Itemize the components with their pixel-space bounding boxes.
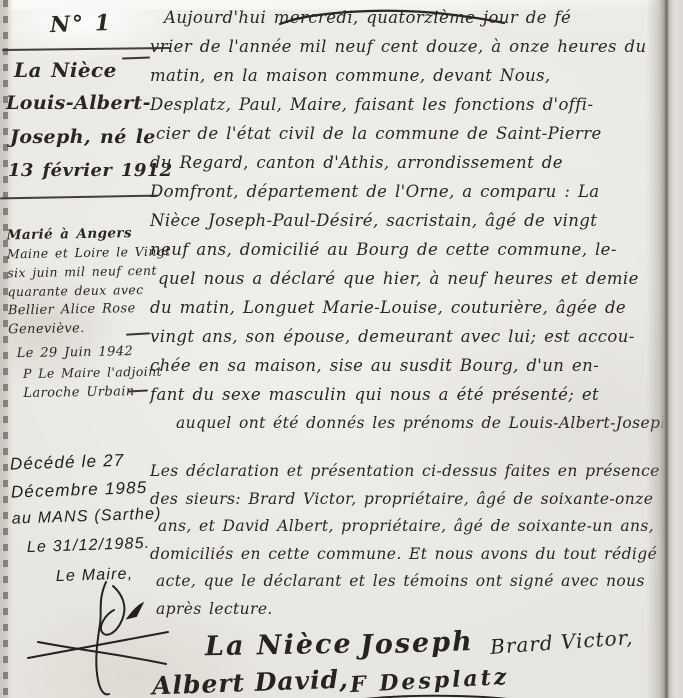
note-line: Le 29 Juin 1942: [9, 344, 159, 367]
text-line: acte, que le déclarant et les témoins on…: [150, 572, 655, 600]
text-line: Domfront, département de l'Orne, a compa…: [150, 182, 655, 211]
text-line: matin, en la maison commune, devant Nous…: [150, 66, 655, 95]
text-line: vrier de l'année mil neuf cent douze, à …: [150, 37, 655, 66]
text-line: vingt ans, son épouse, demeurant avec lu…: [150, 327, 655, 356]
registry-page-scan: N° 1 La Nièce Louis-Albert- Joseph, né l…: [0, 0, 683, 698]
text-line: domiciliés en cette commune. Et nous avo…: [150, 545, 655, 573]
text-line: Nièce Joseph-Paul-Désiré, sacristain, âg…: [150, 211, 655, 240]
note-line: Bellier Alice Rose: [8, 301, 158, 323]
line1-pre: Aujourd'hui: [164, 8, 274, 27]
text-line: chée en sa maison, sise au susdit Bourg,…: [150, 356, 655, 385]
title-line: La Nièce: [14, 58, 117, 82]
note-line: Marié à Angers: [6, 225, 156, 247]
text-line: Les déclaration et présentation ci-dessu…: [150, 462, 655, 490]
text-line: Desplatz, Paul, Maire, faisant les fonct…: [150, 95, 655, 124]
text-line: après lecture.: [150, 600, 655, 628]
note-line: six juin mil neuf cent: [7, 263, 157, 285]
act-number: N° 1: [50, 10, 113, 38]
text-line: ans, et David Albert, propriétaire, âgé …: [150, 517, 655, 545]
text-line: fant du sexe masculin qui nous a été pré…: [150, 385, 655, 414]
adjoint-signature: Laroche Urbain: [9, 384, 159, 407]
continuation-dash: [122, 57, 150, 60]
text-line: quel nous a déclaré que hier, à neuf heu…: [150, 269, 655, 298]
act-number-underline: [2, 47, 170, 51]
body-paragraph-1: Aujourd'hui mercredi, quatorzième jour d…: [150, 8, 655, 443]
signature-joseph: Joseph: [359, 626, 474, 661]
title-line: 13 février 1912: [8, 160, 173, 181]
note-line: Maine et Loire le Vingt: [7, 244, 157, 266]
signature-brard-victor: Brard Victor,: [489, 625, 634, 659]
signature-albert-david: Albert David,: [152, 665, 350, 698]
note-line: quarante deux avec: [7, 282, 157, 304]
death-margin-note: Décédé le 27 Décembre 1985 au MANS (Sart…: [10, 449, 165, 595]
text-line: du Regard, canton d'Athis, arrondissemen…: [150, 153, 655, 182]
page-edge-right: [646, 0, 683, 698]
note-line: P Le Maire l'adjoint: [9, 364, 159, 387]
title-line: Joseph, né le: [10, 126, 156, 148]
text-line: des sieurs: Brard Victor, propriétaire, …: [150, 490, 655, 518]
overstrike-mark: [276, 8, 506, 28]
margin-divider: [0, 195, 158, 200]
body-paragraph-2: Les déclaration et présentation ci-dessu…: [150, 462, 655, 627]
signature-la-niece: La Nièce: [205, 629, 353, 663]
desplatz-signature-swash: [340, 692, 520, 698]
title-line: Louis-Albert-: [6, 92, 151, 114]
marriage-margin-note: Marié à Angers Maine et Loire le Vingt s…: [6, 225, 159, 407]
text-line: cier de l'état civil de la commune de Sa…: [150, 124, 655, 153]
text-line: du matin, Longuet Marie-Louise, couturiè…: [150, 298, 655, 327]
text-line: auquel ont été donnés les prénoms de Lou…: [150, 414, 655, 443]
text-line: neuf ans, domicilié au Bourg de cette co…: [150, 240, 655, 269]
